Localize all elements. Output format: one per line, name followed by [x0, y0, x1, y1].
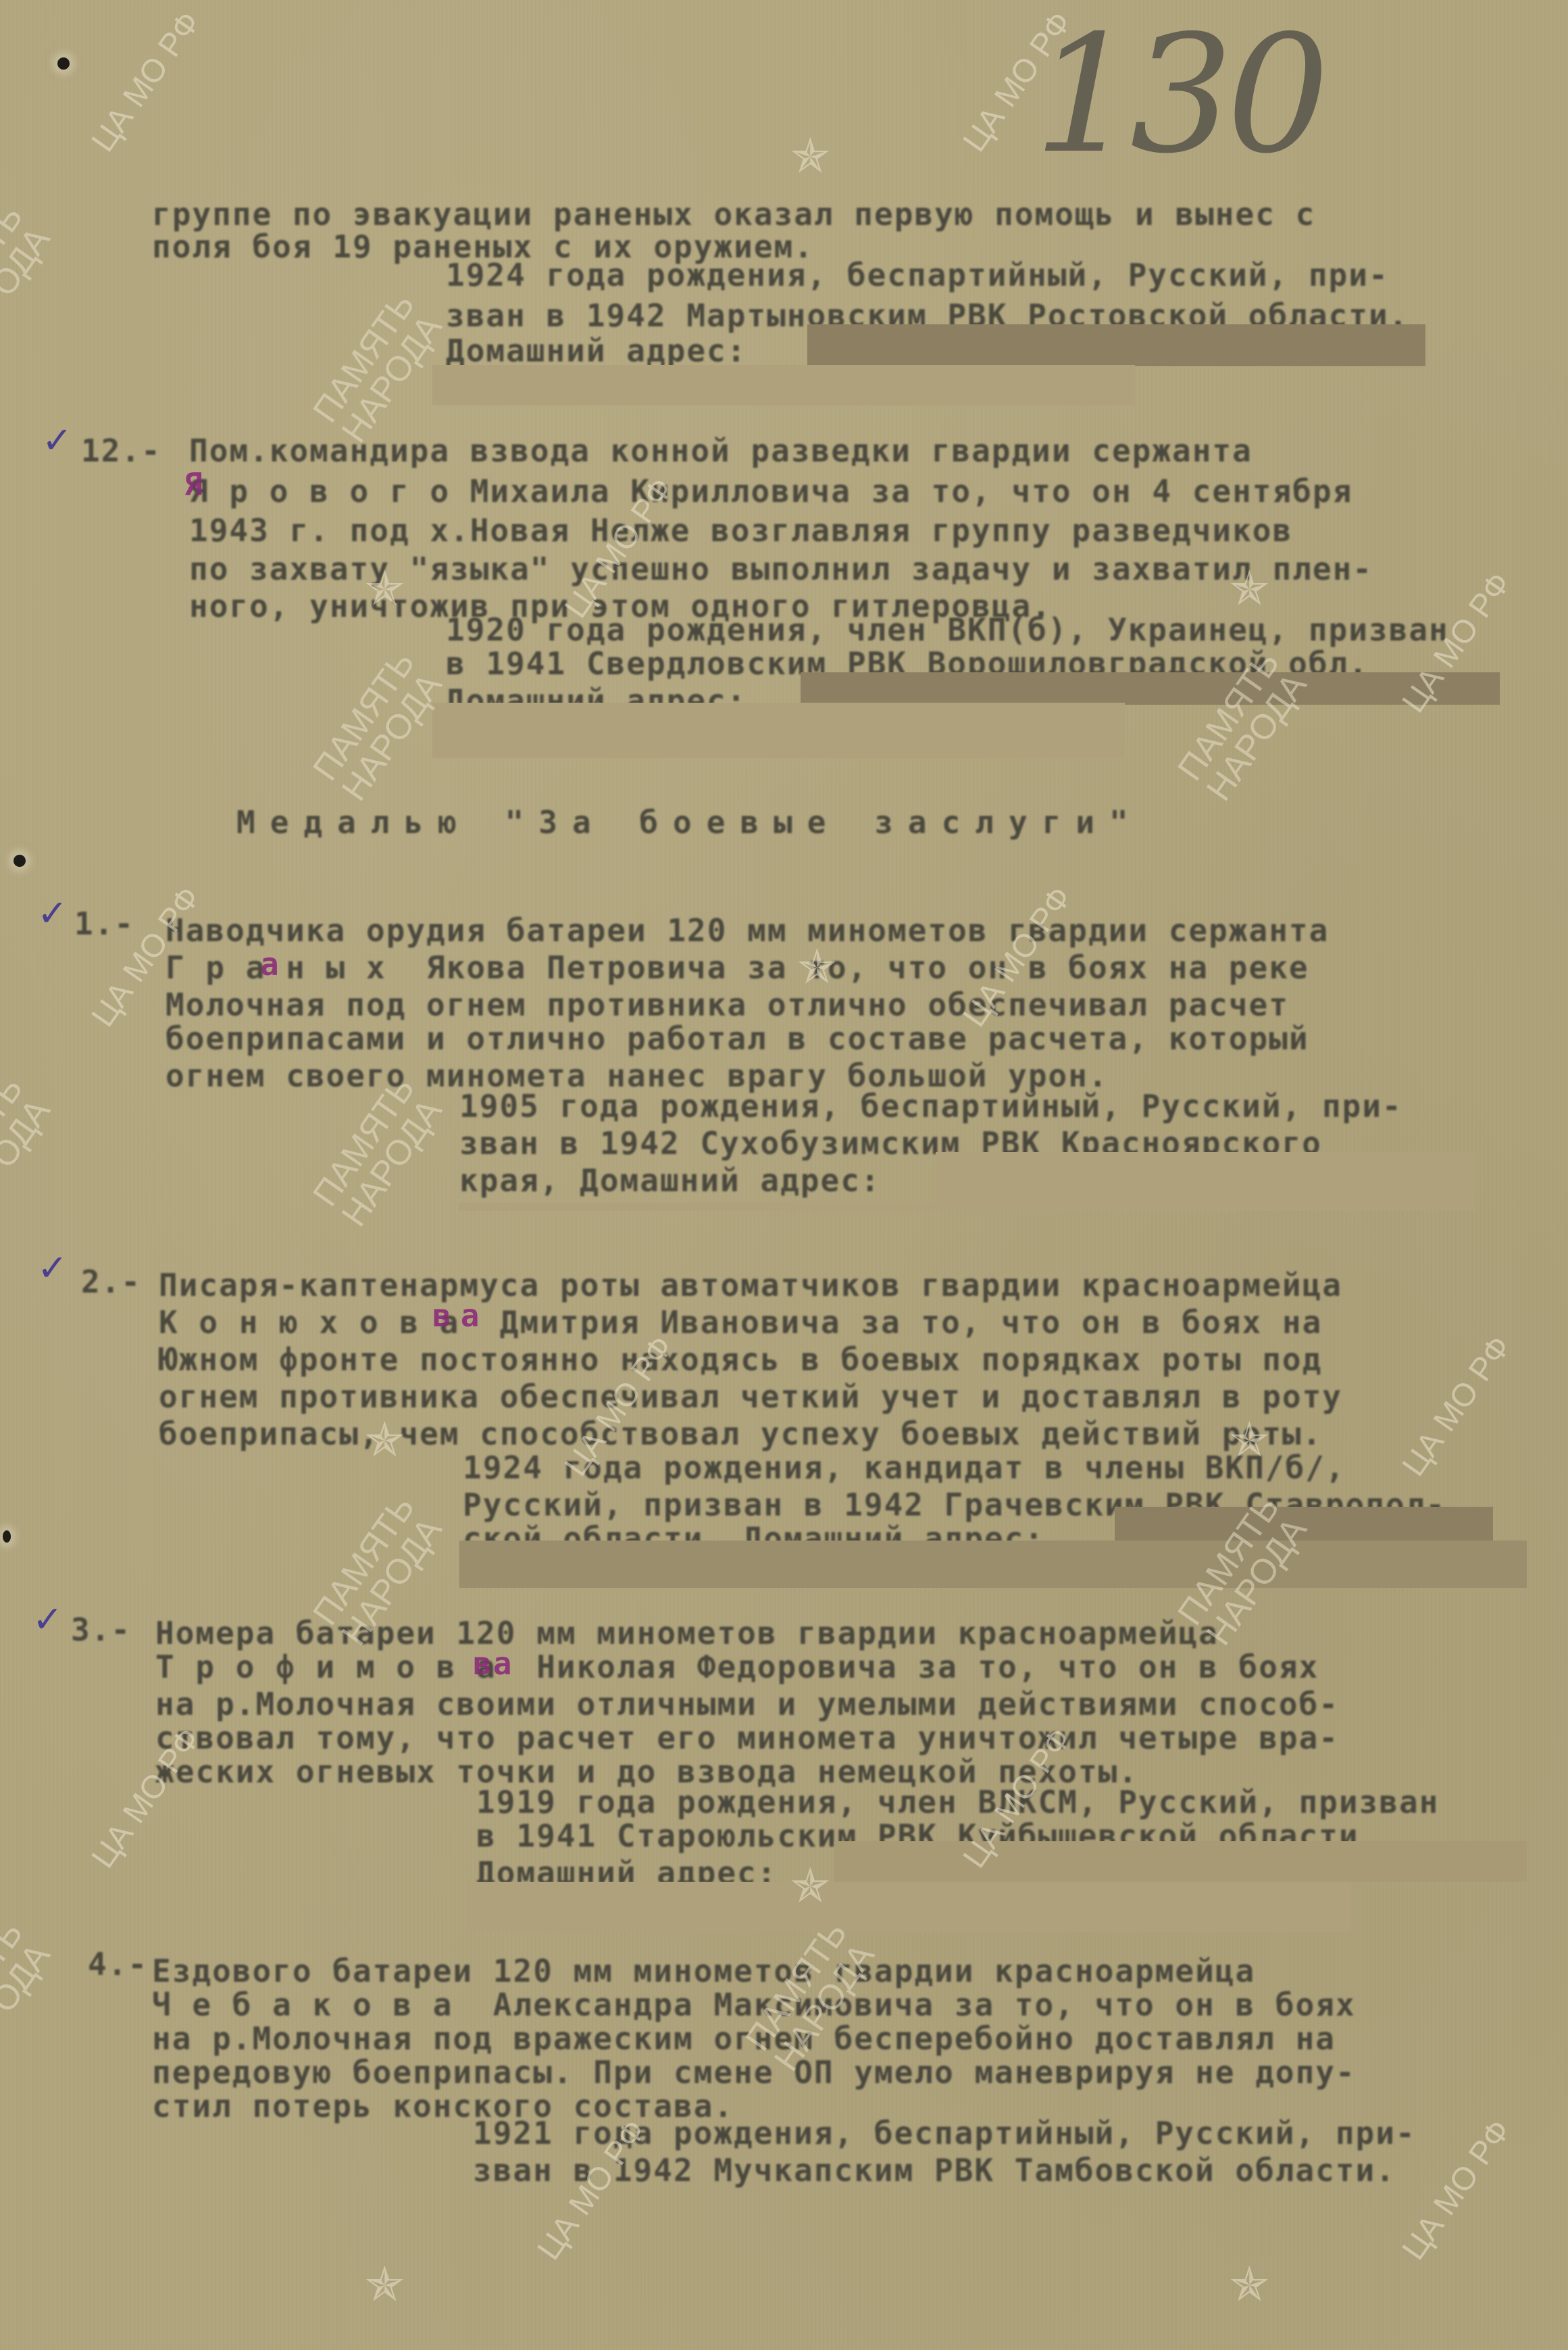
text-line: Т р о ф и м о в а Николая Федоровича за …: [155, 1649, 1319, 1685]
ink-correction: ва: [432, 1297, 488, 1334]
entry-number: 12.-: [81, 432, 161, 469]
redacted-address: [466, 1882, 1351, 1932]
star-icon: ✯: [790, 1858, 830, 1914]
section-heading: Медалью "За боевые заслуги": [236, 804, 1143, 841]
text-line: боеприпасами и отлично работал в составе…: [166, 1020, 1309, 1057]
text-line: группе по эвакуации раненых оказал перву…: [152, 196, 1315, 232]
address-label: края, Домашний адрес:: [459, 1162, 881, 1199]
redacted-address: [432, 703, 1125, 758]
star-icon: ✯: [1230, 561, 1269, 616]
bio-line: 1920 года рождения, член ВКП(б), Украине…: [446, 611, 1449, 648]
star-icon: ✯: [365, 561, 405, 616]
watermark-memory: ПАМЯТЬ НАРОДА: [307, 645, 450, 807]
redacted-address: [807, 324, 1425, 366]
text-line: Пом.командира взвода конной разведки гва…: [189, 432, 1253, 469]
text-line: огнем противника обеспечивал четкий учет…: [159, 1378, 1342, 1415]
text-line: Писаря-каптенармуса роты автоматчиков гв…: [159, 1267, 1342, 1303]
text-line: передовую боеприпасы. При смене ОП умело…: [152, 2054, 1356, 2091]
watermark-archive: ЦА МО РФ: [84, 1721, 207, 1875]
checkmark-icon: ✓: [37, 1247, 68, 1289]
star-icon: ✯: [790, 128, 830, 184]
address-label: Домашний адрес:: [446, 332, 747, 369]
star-icon: ✯: [797, 939, 837, 995]
star-icon: ✯: [365, 2257, 405, 2312]
ink-correction: Я: [184, 466, 204, 503]
checkmark-icon: ✓: [32, 1598, 63, 1641]
redacted-address: [459, 1541, 1527, 1588]
text-line: Г р а н ы х Якова Петровича за то, что о…: [166, 949, 1309, 986]
entry-number: 3.-: [71, 1611, 131, 1648]
watermark-archive: ЦА МО РФ: [1395, 1329, 1518, 1483]
entry-number: 4.-: [88, 1946, 148, 1982]
redacted-address: [432, 365, 1135, 405]
entry-number: 1.-: [74, 905, 134, 942]
entry-number: 2.-: [81, 1264, 141, 1300]
redacted-address: [834, 1841, 1527, 1882]
text-line: 1943 г. под х.Новая Нелже возглавляя гру…: [189, 512, 1292, 549]
watermark-memory: ПАМЯТЬ НАРОДА: [0, 1071, 58, 1232]
text-line: на р.Молочная своими отличными и умелыми…: [155, 1686, 1339, 1722]
redacted-address: [936, 1152, 1476, 1203]
punch-hole: [57, 57, 70, 70]
text-line: Молочная под огнем противника отлично об…: [166, 986, 1289, 1023]
ink-correction: а: [260, 946, 280, 982]
watermark-memory: ПАМЯТЬ НАРОДА: [0, 199, 58, 361]
text-line: боеприпасы, чем способствовал успеху бое…: [159, 1416, 1322, 1452]
checkmark-icon: ✓: [37, 892, 68, 934]
text-line: Я р о в о г о Михаила Кирилловича за то,…: [189, 473, 1352, 509]
text-line: Наводчика орудия батареи 120 мм миномето…: [166, 912, 1329, 949]
bio-line: 1905 года рождения, беспартийный, Русски…: [459, 1088, 1402, 1124]
redacted-address: [801, 672, 1500, 705]
star-icon: ✯: [1230, 1412, 1269, 1468]
watermark-archive: ЦА МО РФ: [84, 5, 207, 159]
redacted-address: [459, 1203, 1476, 1211]
punch-hole: [3, 1530, 11, 1543]
text-line: Южном фронте постоянно находясь в боевых…: [159, 1341, 1322, 1378]
watermark-memory: ПАМЯТЬ НАРОДА: [307, 287, 450, 449]
star-icon: ✯: [1230, 2257, 1269, 2312]
bio-line: 1924 года рождения, беспартийный, Русски…: [446, 257, 1389, 293]
watermark-memory: ПАМЯТЬ НАРОДА: [0, 1916, 58, 2077]
text-line: ствовал тому, что расчет его миномета ун…: [155, 1720, 1339, 1756]
bio-line: 1919 года рождения, член ВЛКСМ, Русский,…: [476, 1784, 1439, 1820]
punch-hole: [14, 855, 26, 867]
text-line: Номера батареи 120 мм минометов гвардии …: [155, 1615, 1219, 1651]
ink-correction: ва: [473, 1645, 513, 1682]
archival-document-page: 130 группе по эвакуации раненых оказал п…: [0, 0, 1568, 2350]
text-line: Ездового батареи 120 мм минометов гварди…: [152, 1953, 1255, 1989]
text-line: К о н ю х о в а Дмитрия Ивановича за то,…: [159, 1304, 1322, 1341]
star-icon: ✯: [365, 1412, 405, 1468]
checkmark-icon: ✓: [42, 419, 72, 461]
watermark-memory: ПАМЯТЬ НАРОДА: [307, 1071, 450, 1232]
